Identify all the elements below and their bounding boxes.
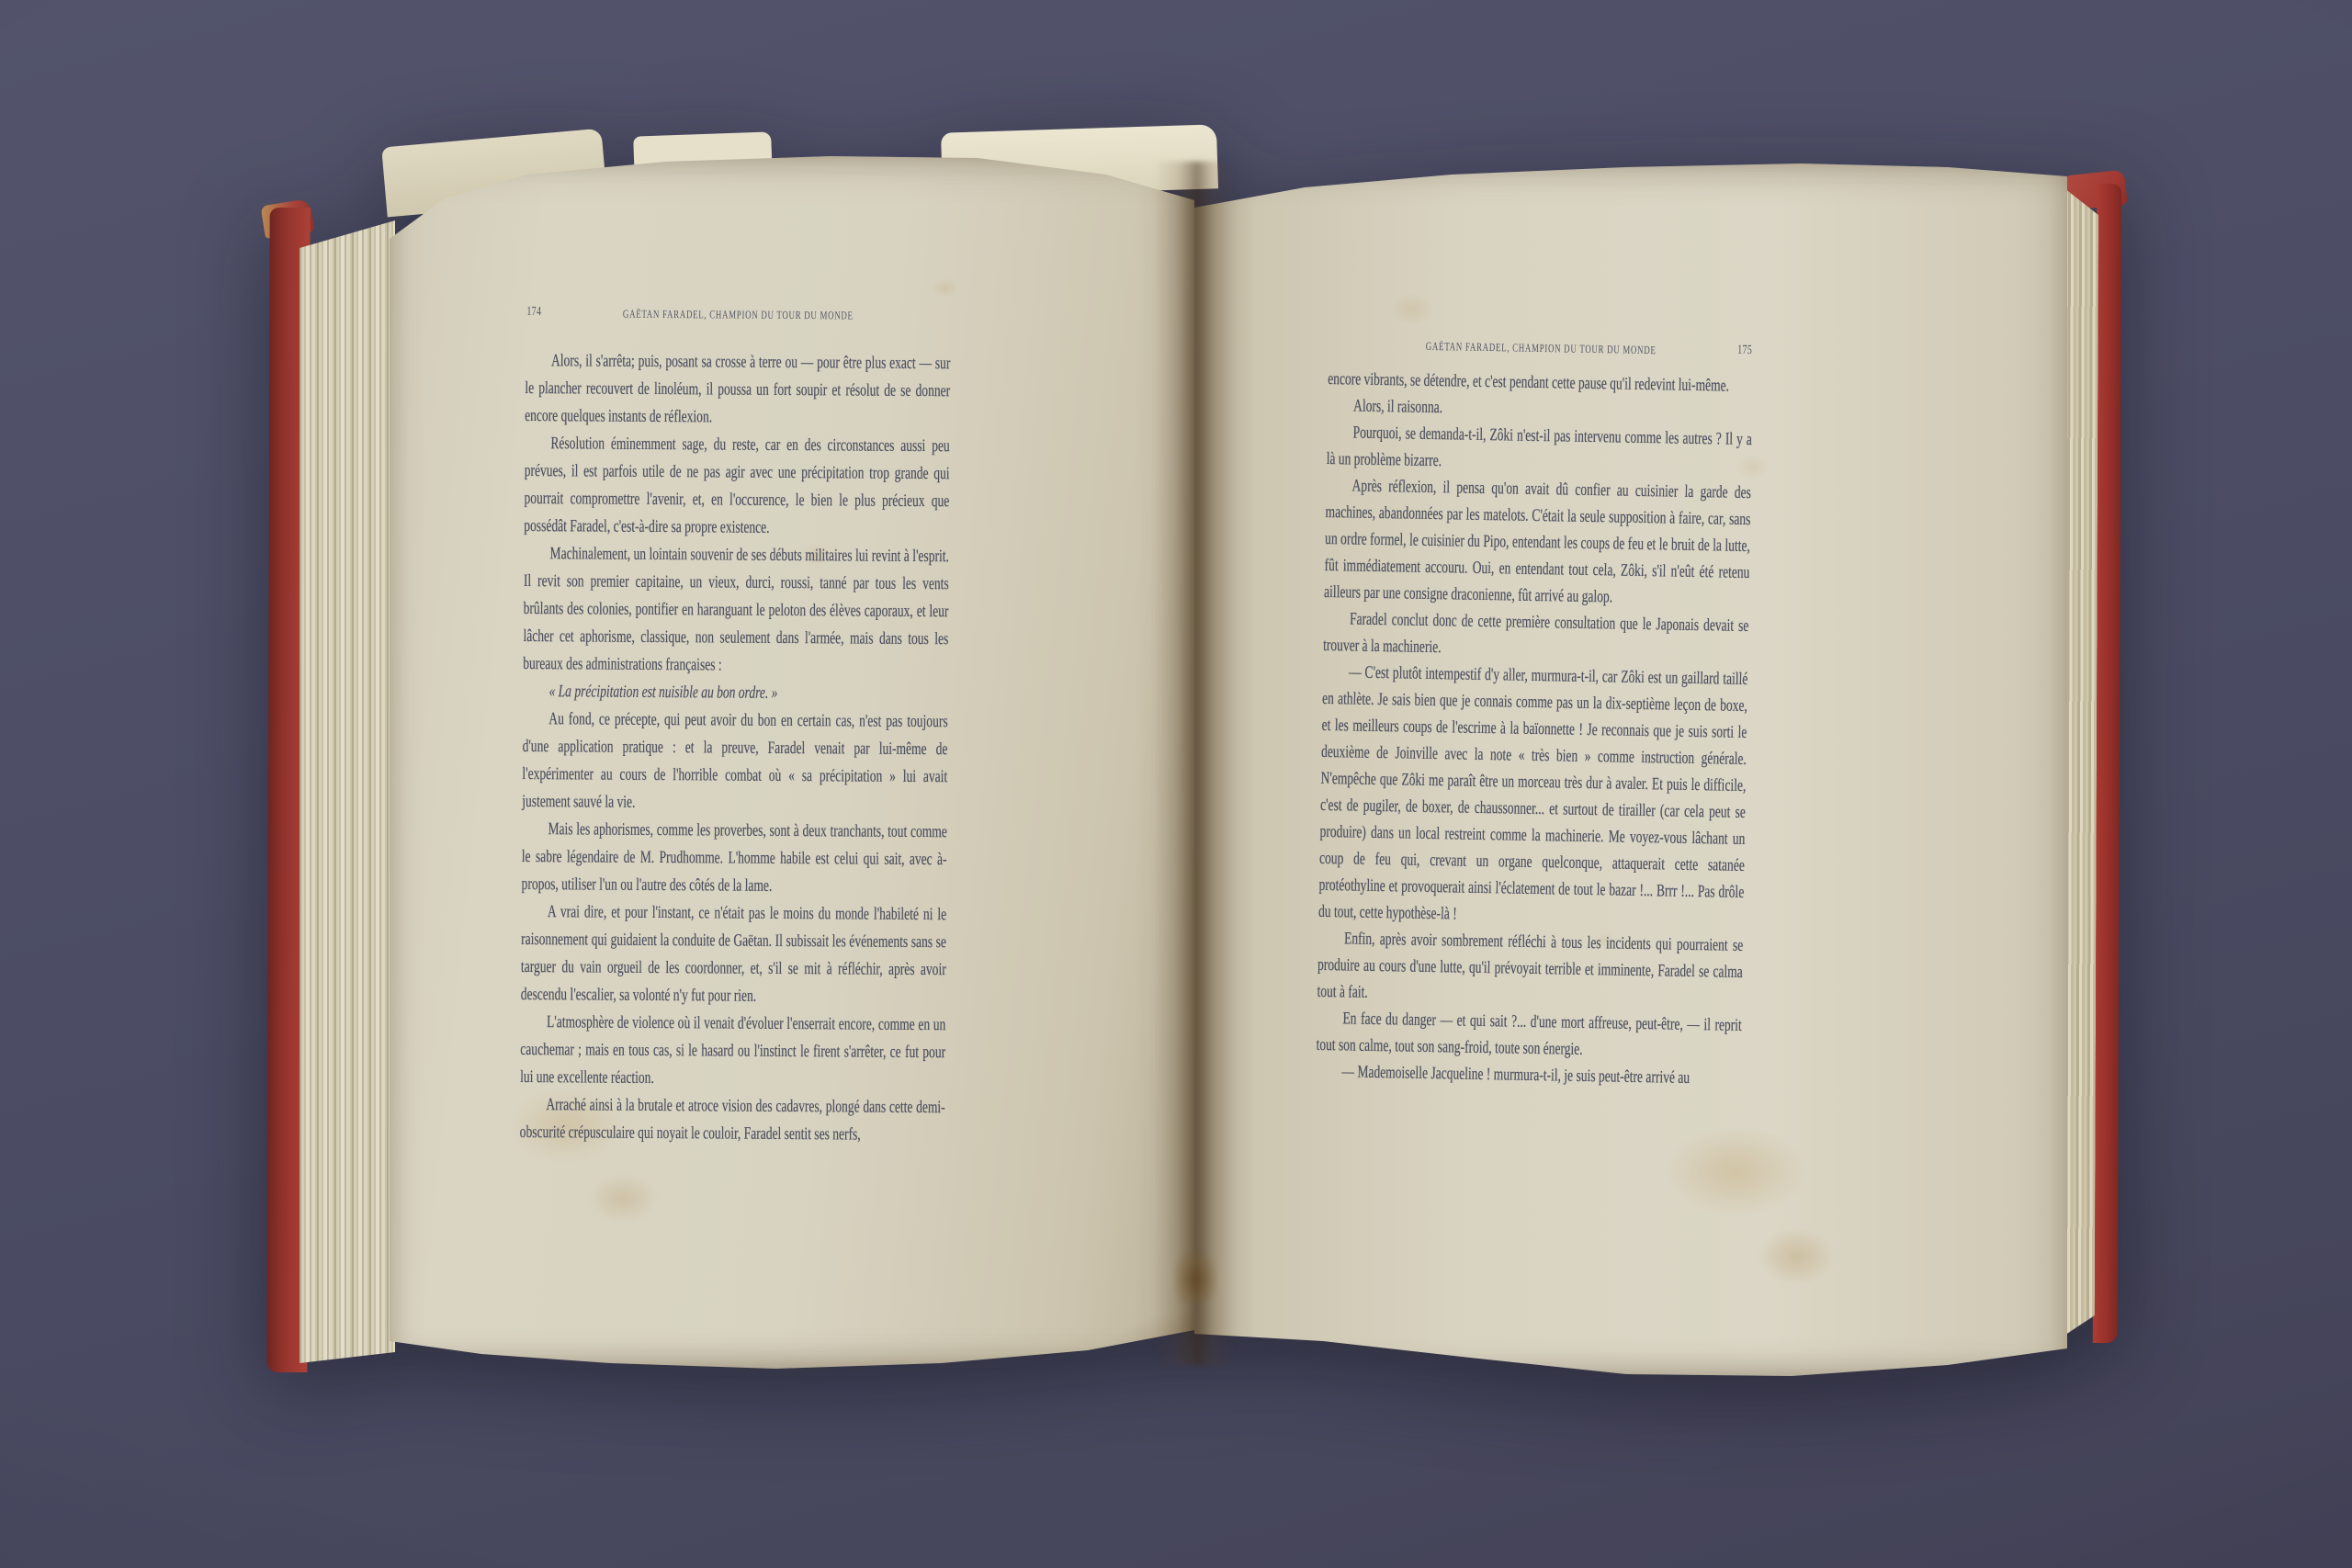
paragraph: A vrai dire, et pour l'instant, ce n'éta… (521, 898, 947, 1011)
paragraph: En face du danger — et qui sait ?... d'u… (1316, 1005, 1742, 1066)
paragraph: L'atmosphère de violence où il venait d'… (520, 1009, 945, 1094)
paragraph: Après réflexion, il pensa qu'on avait dû… (1324, 472, 1751, 613)
paragraph: Pourquoi, se demanda-t-il, Zôki n'est-il… (1326, 419, 1752, 479)
gutter-stain (1174, 1251, 1216, 1303)
right-page-number: 175 (1737, 344, 1752, 358)
paragraph: Mais les aphorismes, comme les proverbes… (521, 816, 946, 901)
left-page-content: 174 GAËTAN FARADEL, CHAMPION DU TOUR DU … (520, 305, 1123, 1151)
left-body-text: Alors, il s'arrêta; puis, posant sa cros… (520, 347, 951, 1149)
book-spine-gutter-shadow (1154, 162, 1235, 1365)
paragraph-dialogue: — C'est plutôt intempestif d'y aller, mu… (1318, 659, 1748, 932)
paragraph: Au fond, ce précepte, qui peut avoir du … (522, 705, 948, 818)
left-running-title: GAËTAN FARADEL, CHAMPION DU TOUR DU MOND… (623, 308, 854, 323)
left-running-head: 174 GAËTAN FARADEL, CHAMPION DU TOUR DU … (526, 305, 951, 326)
right-body-text: encore vibrants, se détendre, et c'est p… (1316, 366, 1753, 1092)
paragraph-aphorism: « La précipitation est nuisible au bon o… (523, 678, 948, 708)
paragraph: Enfin, après avoir sombrement réfléchi à… (1317, 925, 1743, 1012)
paragraph: Résolution éminemment sage, du reste, ca… (524, 430, 950, 543)
paragraph: Arraché ainsi à la brutale et atroce vis… (520, 1091, 945, 1149)
paragraph: Alors, il s'arrêta; puis, posant sa cros… (525, 347, 950, 433)
paragraph: Machinalement, un lointain souvenir de s… (523, 540, 949, 681)
right-page-content: GAËTAN FARADEL, CHAMPION DU TOUR DU MOND… (1316, 336, 1926, 1095)
page-edges-stack-left (300, 220, 395, 1363)
left-page-number: 174 (526, 305, 541, 320)
right-running-title: GAËTAN FARADEL, CHAMPION DU TOUR DU MOND… (1426, 340, 1657, 357)
book: 174 GAËTAN FARADEL, CHAMPION DU TOUR DU … (0, 0, 2352, 1568)
photo-background: 174 GAËTAN FARADEL, CHAMPION DU TOUR DU … (0, 0, 2352, 1568)
paragraph: Faradel conclut donc de cette première c… (1323, 605, 1749, 666)
